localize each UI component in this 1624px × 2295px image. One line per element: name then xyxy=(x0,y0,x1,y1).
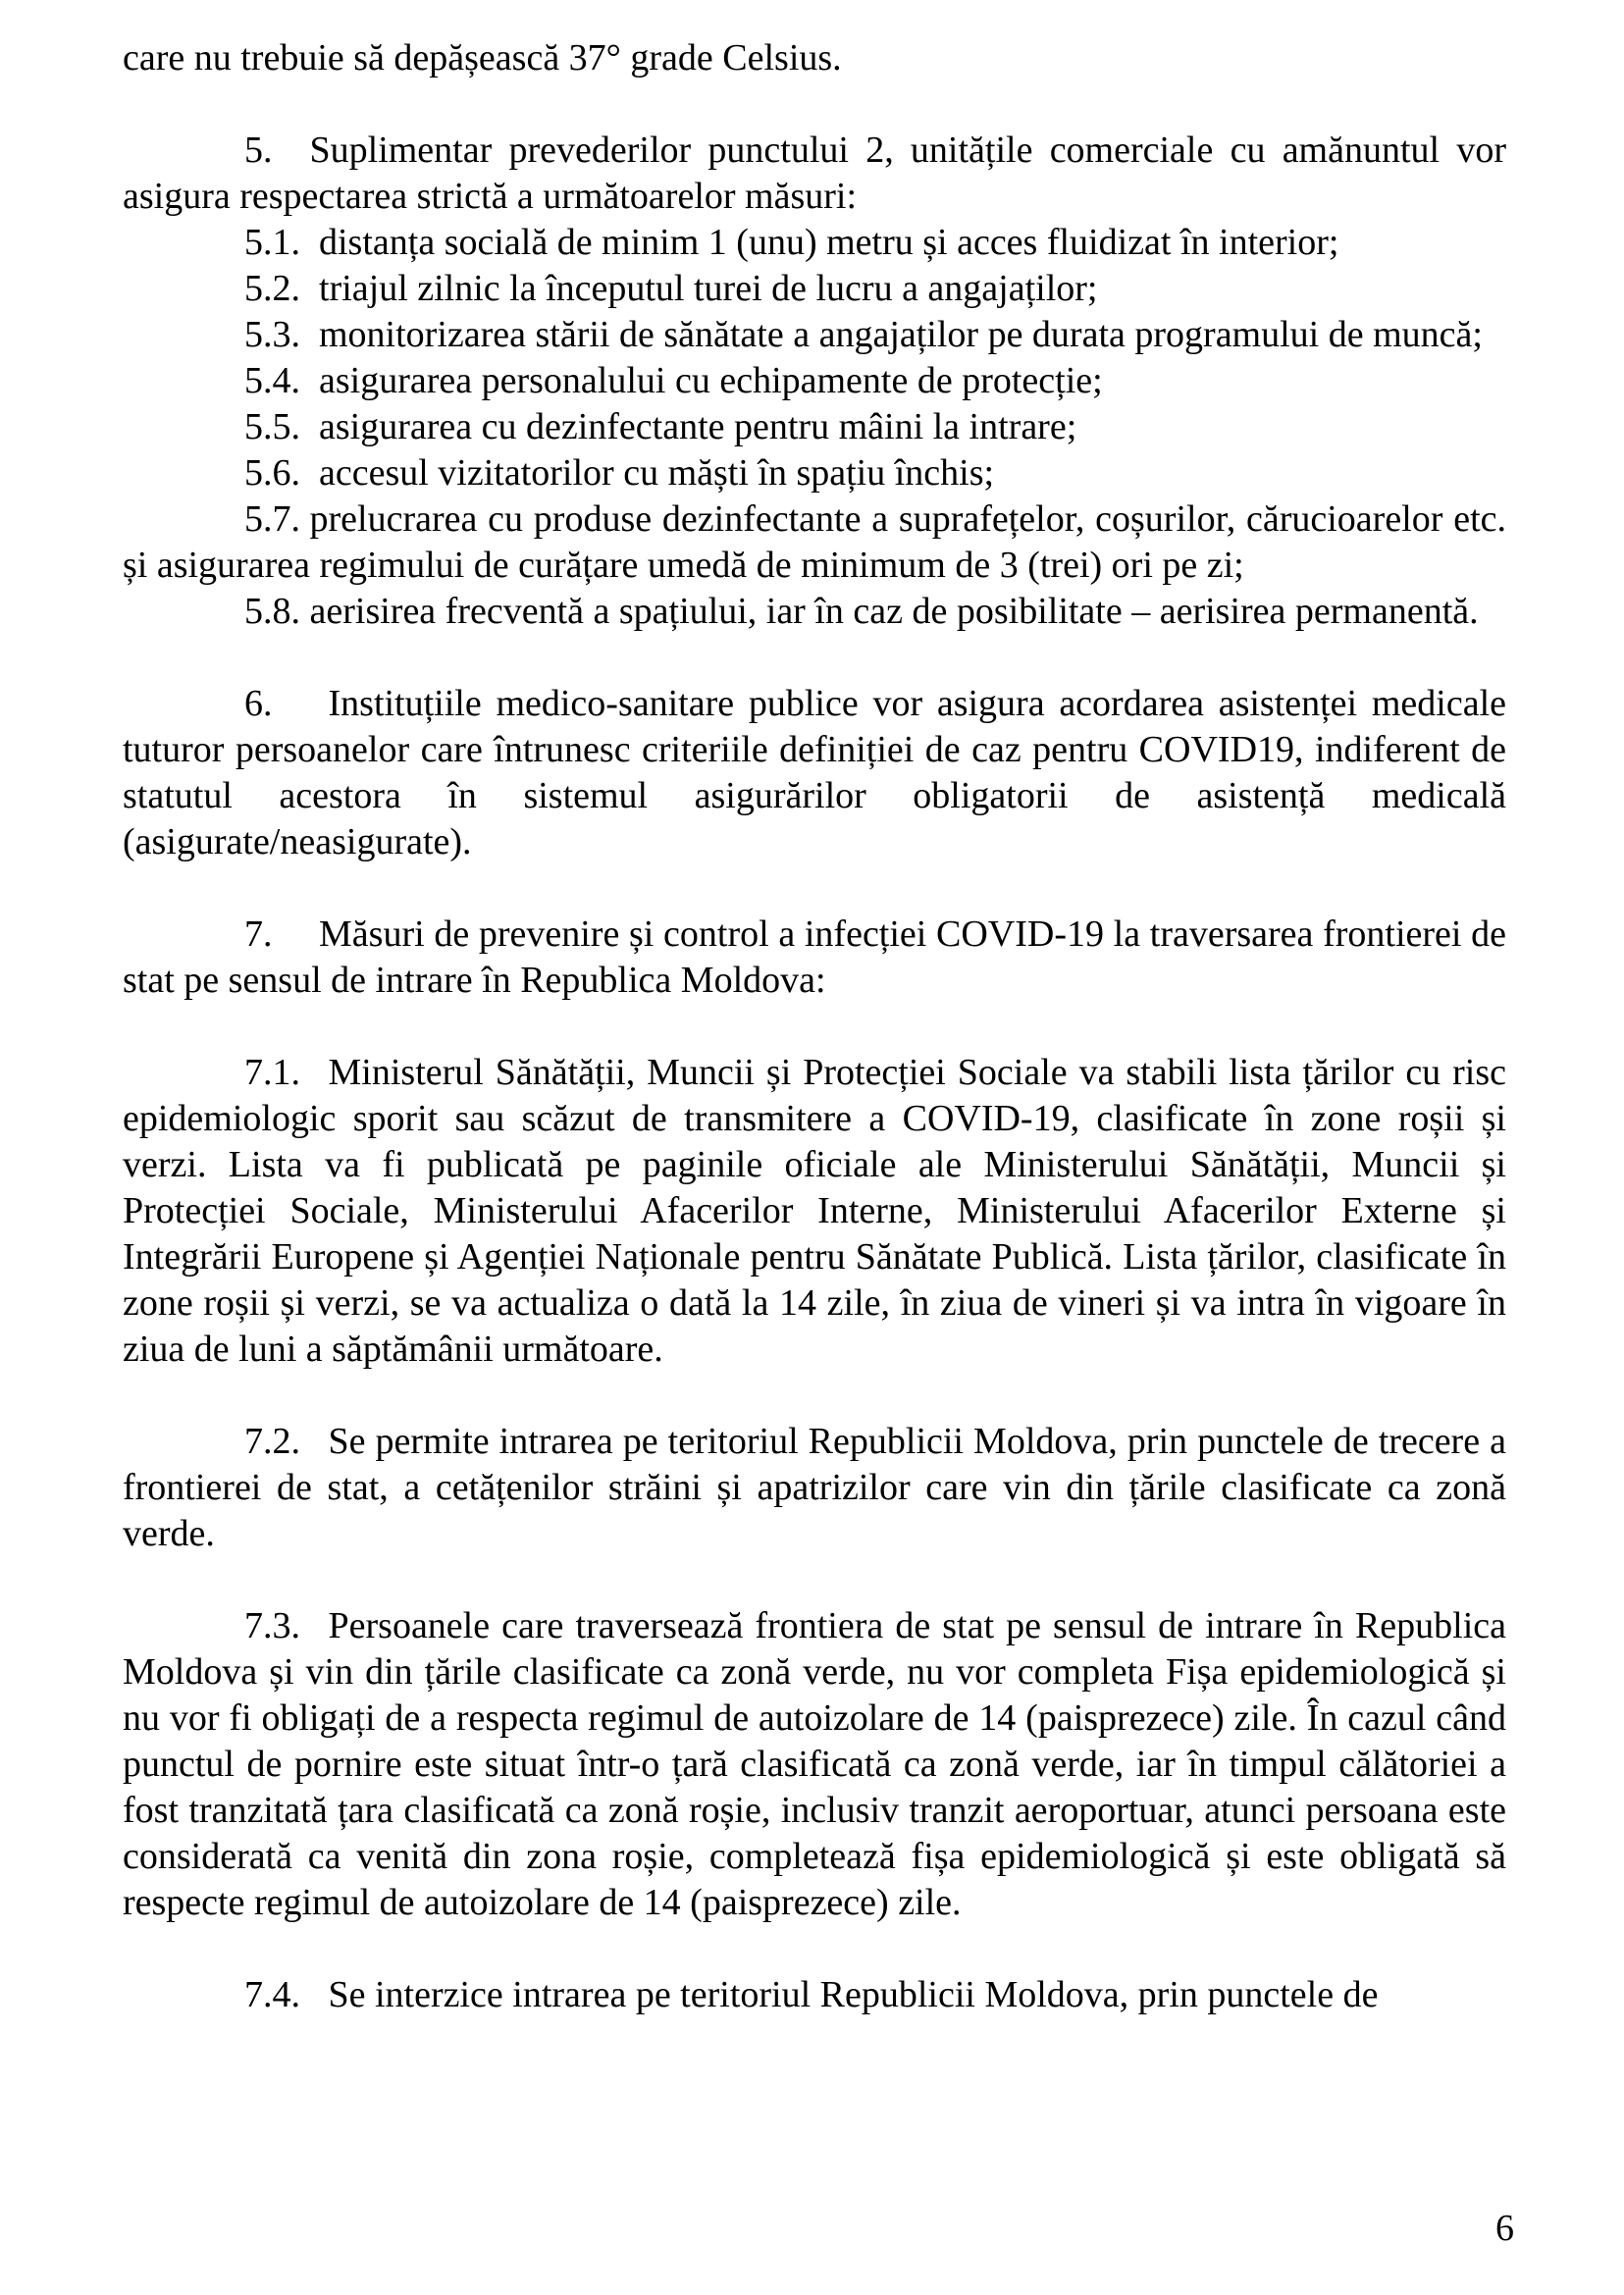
paragraph-text: Instituțiile medico-sanitare publice vor… xyxy=(123,683,1506,862)
item-number: 5.7. xyxy=(183,496,310,543)
page-number: 6 xyxy=(1495,2207,1514,2250)
item-number: 5.5. xyxy=(183,404,319,450)
para-5-8: 5.8. aerisirea frecventă a spațiului, ia… xyxy=(123,589,1506,635)
item-number: 7.2. xyxy=(183,1419,329,1465)
paragraph-text: monitorizarea stării de sănătate a angaj… xyxy=(319,314,1483,355)
item-number: 5.8. xyxy=(183,589,310,635)
paragraph-text: prelucrarea cu produse dezinfectante a s… xyxy=(123,498,1506,586)
para-7: 7. Măsuri de prevenire și control a infe… xyxy=(123,912,1506,1004)
para-5-5: 5.5. asigurarea cu dezinfectante pentru … xyxy=(123,404,1506,450)
para-5-1: 5.1. distanța socială de minim 1 (unu) m… xyxy=(123,220,1506,266)
paragraph-text: Se interzice intrarea pe teritoriul Repu… xyxy=(329,1974,1379,2015)
paragraph-text: Se permite intrarea pe teritoriul Republ… xyxy=(123,1421,1506,1554)
paragraph-text: aerisirea frecventă a spațiului, iar în … xyxy=(310,591,1479,632)
item-number: 7.3. xyxy=(183,1603,329,1649)
item-number: 6. xyxy=(183,681,329,727)
paragraph-text: Ministerul Sănătății, Muncii și Protecți… xyxy=(123,1052,1506,1370)
paragraph-text: triajul zilnic la începutul turei de luc… xyxy=(319,268,1097,309)
para-5: 5. Suplimentar prevederilor punctului 2,… xyxy=(123,128,1506,220)
paragraph-text: Măsuri de prevenire și control a infecți… xyxy=(123,913,1506,1001)
document-page: care nu trebuie să depășească 37° grade … xyxy=(0,0,1624,2295)
item-number: 7.1. xyxy=(183,1050,329,1096)
para-6: 6. Instituțiile medico-sanitare publice … xyxy=(123,681,1506,865)
item-number: 5.2. xyxy=(183,266,319,312)
para-7-2: 7.2. Se permite intrarea pe teritoriul R… xyxy=(123,1419,1506,1557)
para-7-1: 7.1. Ministerul Sănătății, Muncii și Pro… xyxy=(123,1050,1506,1373)
paragraph-text: Suplimentar prevederilor punctului 2, un… xyxy=(123,130,1506,217)
item-number: 5.4. xyxy=(183,358,319,404)
para-5-3: 5.3. monitorizarea stării de sănătate a … xyxy=(123,312,1506,358)
paragraph-text: distanța socială de minim 1 (unu) metru … xyxy=(319,222,1338,263)
para-7-3: 7.3. Persoanele care traversează frontie… xyxy=(123,1603,1506,1926)
para-5-4: 5.4. asigurarea personalului cu echipame… xyxy=(123,358,1506,404)
para-5-2: 5.2. triajul zilnic la începutul turei d… xyxy=(123,266,1506,312)
item-number: 7.4. xyxy=(183,1972,329,2018)
item-number: 7. xyxy=(183,912,319,958)
item-number: 5.6. xyxy=(183,450,319,496)
para-continuation: care nu trebuie să depășească 37° grade … xyxy=(123,35,1506,81)
para-5-6: 5.6. accesul vizitatorilor cu măști în s… xyxy=(123,450,1506,496)
item-number: 5. xyxy=(183,128,310,174)
paragraph-text: care nu trebuie să depășească 37° grade … xyxy=(123,37,842,78)
para-7-4: 7.4. Se interzice intrarea pe teritoriul… xyxy=(123,1972,1506,2018)
para-5-7: 5.7. prelucrarea cu produse dezinfectant… xyxy=(123,496,1506,589)
paragraph-text: asigurarea cu dezinfectante pentru mâini… xyxy=(319,406,1076,447)
paragraph-text: asigurarea personalului cu echipamente d… xyxy=(319,360,1103,401)
document-body: care nu trebuie să depășească 37° grade … xyxy=(123,35,1506,2018)
item-number: 5.3. xyxy=(183,312,319,358)
paragraph-text: accesul vizitatorilor cu măști în spațiu… xyxy=(319,452,994,494)
item-number: 5.1. xyxy=(183,220,319,266)
paragraph-text: Persoanele care traversează frontiera de… xyxy=(123,1605,1506,1923)
